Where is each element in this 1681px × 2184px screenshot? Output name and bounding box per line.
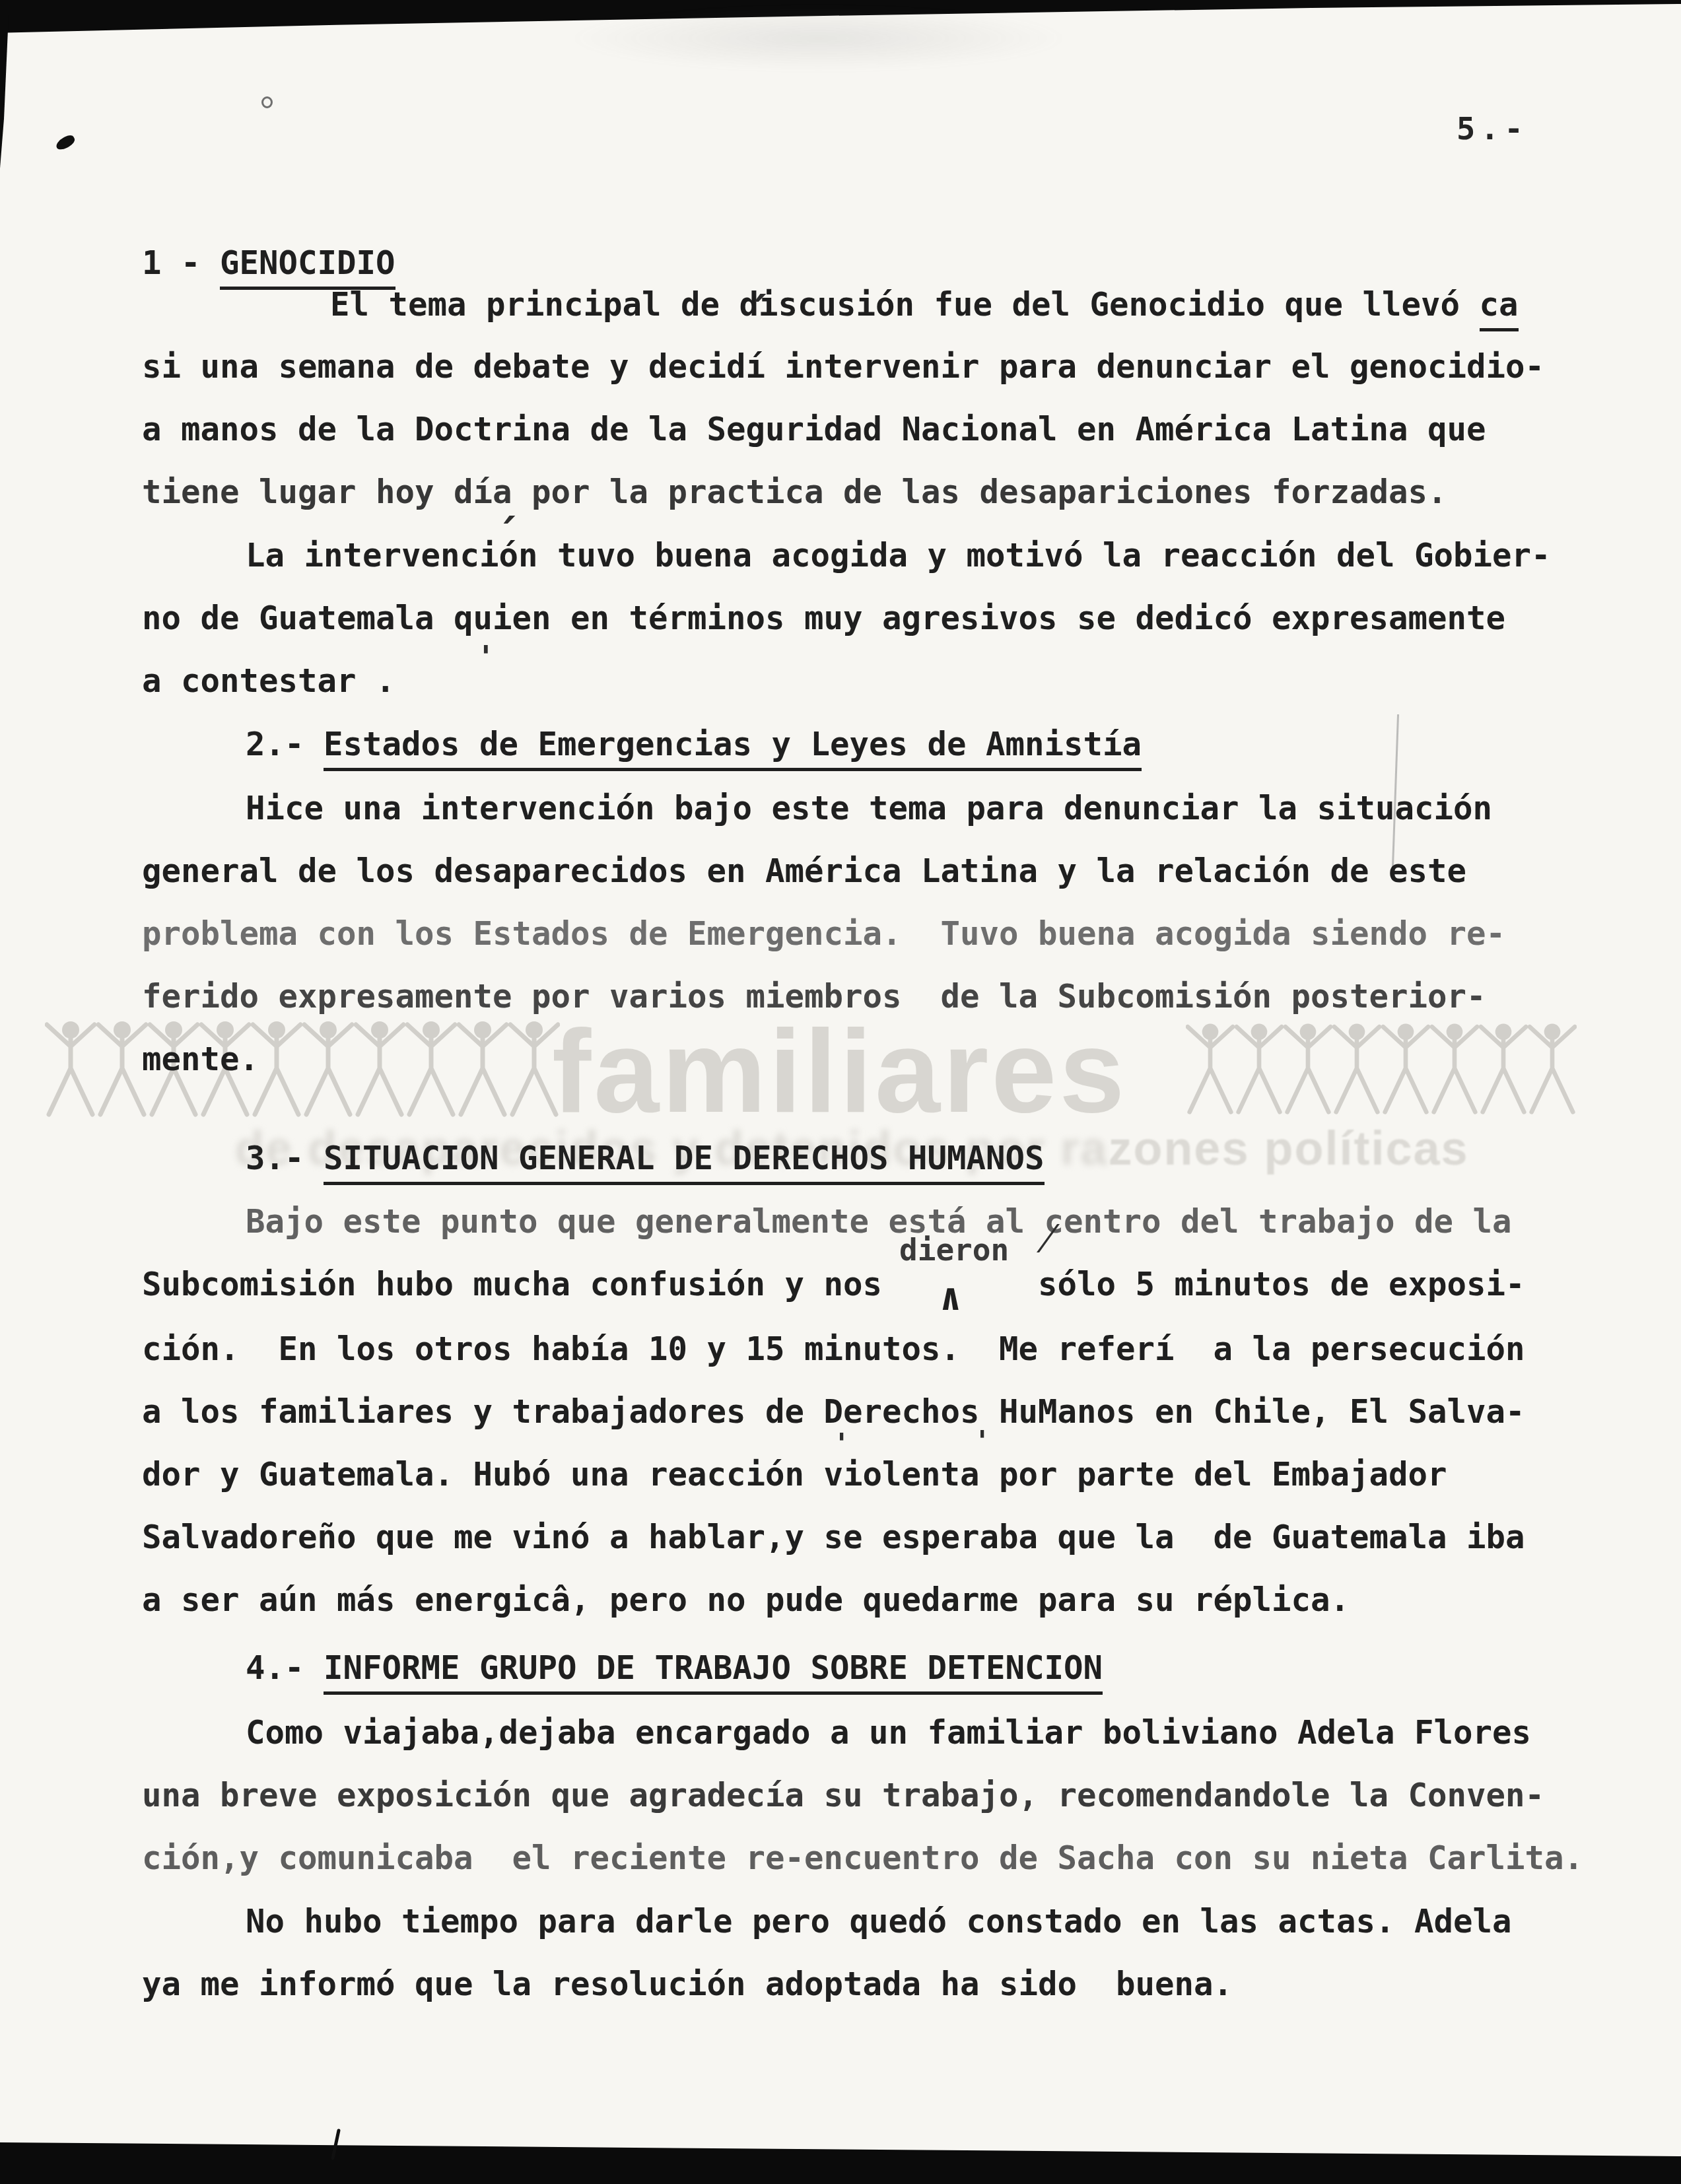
page-number: 5.- xyxy=(1457,111,1528,147)
text-line: a contestar . xyxy=(142,665,395,697)
text-segment: dor y Guatemala. Hubó una reacción viole… xyxy=(142,1456,1447,1493)
watermark-word: familiares xyxy=(552,1013,1127,1130)
text-segment: problema con los Estados de Emergencia. … xyxy=(142,915,1505,953)
text-line: Subcomisión hubo mucha confusión y nos ∧… xyxy=(142,1268,1525,1301)
ink-speck xyxy=(261,96,273,108)
text-line: ferido expresamente por varios miembros … xyxy=(142,980,1486,1013)
text-line: si una semana de debate y decidí interve… xyxy=(142,351,1544,383)
text-segment: si una semana de debate y decidí interve… xyxy=(142,348,1544,386)
text-line: Bajo este punto que generalmente está al… xyxy=(246,1206,1512,1238)
text-line: El tema principal de discusión fue del G… xyxy=(330,289,1519,321)
text-segment: 3.- xyxy=(246,1140,324,1177)
text-segment: ción. En los otros había 10 y 15 minutos… xyxy=(142,1330,1525,1368)
text-line: No hubo tiempo para darle pero quedó con… xyxy=(246,1905,1512,1938)
text-line: a los familiares y trabajadores de Derec… xyxy=(142,1396,1525,1428)
doll-figure xyxy=(1530,1024,1575,1112)
text-segment: GENOCIDIO xyxy=(220,244,395,290)
text-line: ya me informó que la resolución adoptada… xyxy=(142,1968,1233,2000)
text-line: dor y Guatemala. Hubó una reacción viole… xyxy=(142,1458,1447,1491)
text-segment: Hice una intervención bajo este tema par… xyxy=(246,790,1492,827)
text-line: general de los desaparecidos en América … xyxy=(142,855,1466,887)
doll-figure xyxy=(356,1021,403,1114)
text-segment: Como viajaba,dejaba encargado a un famil… xyxy=(246,1714,1531,1752)
watermark-slogan-visible: zones políticas xyxy=(1108,1122,1468,1175)
doll-figure xyxy=(407,1021,455,1114)
doll-chain-right xyxy=(1186,1017,1577,1120)
text-line: a ser aún más energicâ, pero no pude que… xyxy=(142,1584,1350,1616)
text-segment: ya me informó que la resolución adoptada… xyxy=(142,1965,1233,2003)
doll-figure xyxy=(98,1021,146,1114)
handwritten-mark: ' xyxy=(833,1430,850,1458)
doll-figure xyxy=(1432,1024,1477,1112)
text-segment: 1 - xyxy=(142,244,220,282)
text-segment: 4.- xyxy=(246,1649,324,1687)
text-segment: a ser aún más energicâ, pero no pude que… xyxy=(142,1581,1350,1619)
text-segment: No hubo tiempo para darle pero quedó con… xyxy=(246,1903,1512,1940)
text-segment: ca xyxy=(1480,286,1519,331)
text-segment: a manos de la Doctrina de la Seguridad N… xyxy=(142,411,1486,448)
text-segment: 2.- xyxy=(246,726,324,763)
handwritten-mark: ´ xyxy=(494,515,520,557)
doll-figure xyxy=(47,1021,94,1114)
text-line: La intervención tuvo buena acogida y mot… xyxy=(246,539,1551,572)
scan-smudge xyxy=(568,5,1070,71)
text-line: Salvadoreño que me vinó a hablar,y se es… xyxy=(142,1521,1525,1553)
doll-chain-left xyxy=(45,1017,560,1120)
handwritten-mark: ' xyxy=(974,1427,990,1455)
text-segment: ferido expresamente por varios miembros … xyxy=(142,978,1486,1015)
text-segment: tiene lugar hoy día por la practica de l… xyxy=(142,473,1447,511)
text-segment: a contestar . xyxy=(142,662,395,700)
text-line: Como viajaba,dejaba encargado a un famil… xyxy=(246,1717,1531,1749)
text-segment: Estados de Emergencias y Leyes de Amnist… xyxy=(324,726,1142,771)
doll-figure xyxy=(1334,1024,1379,1112)
handwritten-mark: ' xyxy=(477,642,495,672)
text-segment: no de Guatemala quien en términos muy ag… xyxy=(142,599,1505,637)
text-line: una breve exposición que agradecía su tr… xyxy=(142,1779,1544,1812)
doll-figure xyxy=(1188,1024,1233,1112)
text-line: no de Guatemala quien en términos muy ag… xyxy=(142,602,1505,634)
insert-caret: ∧ xyxy=(939,1279,961,1316)
text-segment: una breve exposición que agradecía su tr… xyxy=(142,1777,1544,1814)
text-segment: a los familiares y trabajadores de Derec… xyxy=(142,1393,1525,1431)
doll-figure xyxy=(510,1021,558,1114)
text-segment: ción,y comunicaba el reciente re-encuent… xyxy=(142,1839,1583,1877)
doll-figure xyxy=(1481,1024,1526,1112)
text-line: mente. xyxy=(142,1043,259,1075)
text-segment: La intervención tuvo buena acogida y mot… xyxy=(246,537,1551,574)
text-line: 3.- SITUACION GENERAL DE DERECHOS HUMANO… xyxy=(246,1142,1045,1175)
text-segment: Bajo este punto que generalmente está al… xyxy=(246,1203,1512,1241)
handwritten-mark: ´ xyxy=(745,293,771,335)
text-segment: general de los desaparecidos en América … xyxy=(142,852,1466,890)
text-segment: sólo 5 minutos de exposi- xyxy=(960,1266,1525,1303)
text-line: 4.- INFORME GRUPO DE TRABAJO SOBRE DETEN… xyxy=(246,1652,1103,1684)
ink-blob xyxy=(54,133,77,152)
text-line: a manos de la Doctrina de la Seguridad N… xyxy=(142,413,1486,446)
text-segment: INFORME GRUPO DE TRABAJO SOBRE DETENCION xyxy=(324,1649,1103,1695)
text-line: Hice una intervención bajo este tema par… xyxy=(246,792,1492,825)
text-segment: mente. xyxy=(142,1041,259,1078)
handwritten-mark: ⁄ xyxy=(1045,1216,1052,1260)
doll-figure xyxy=(1286,1024,1330,1112)
doll-figure xyxy=(253,1021,300,1114)
text-line: 2.- Estados de Emergencias y Leyes de Am… xyxy=(246,728,1142,761)
doll-figure xyxy=(304,1021,352,1114)
scan-edge-bottom xyxy=(0,2138,1681,2184)
text-line: ción,y comunicaba el reciente re-encuent… xyxy=(142,1842,1583,1874)
text-line: 1 - GENOCIDIO xyxy=(142,247,395,279)
doll-figure xyxy=(1237,1024,1282,1112)
text-segment: Salvadoreño que me vinó a hablar,y se es… xyxy=(142,1519,1525,1556)
text-segment: El tema principal de discusión fue del G… xyxy=(330,286,1480,324)
document-page: familiares de desaparecidos y detenidos … xyxy=(0,0,1681,2184)
text-line: problema con los Estados de Emergencia. … xyxy=(142,918,1505,950)
text-segment: Subcomisión hubo mucha confusión y nos xyxy=(142,1266,941,1303)
doll-figure xyxy=(459,1021,506,1114)
text-segment: SITUACION GENERAL DE DERECHOS HUMANOS xyxy=(324,1140,1045,1185)
text-line: ción. En los otros había 10 y 15 minutos… xyxy=(142,1333,1525,1365)
inserted-word: dieron xyxy=(899,1232,1009,1268)
text-line: tiene lugar hoy día por la practica de l… xyxy=(142,476,1447,508)
doll-figure xyxy=(1383,1024,1428,1112)
